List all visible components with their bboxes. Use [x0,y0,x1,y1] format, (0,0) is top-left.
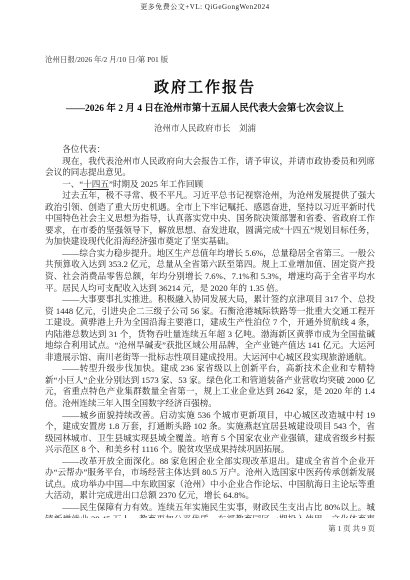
page-number-footer: 第 1 页 共 9 页 [45,523,375,534]
paragraph-comprehensive-strength: ——综合实力稳步提升。地区生产总值年均增长 5.6%，总量稳居全省第三。一般公共… [45,248,375,294]
paragraph-urban-rural: ——城乡面貌持续改善。启动实施 536 个城市更新项目，中心城区改造城中村 19… [45,410,375,456]
paragraph-transformation: ——转型升级步伐加快。建成 236 家省级以上创新平台，高新技术企业和专精特新“… [45,363,375,409]
source-line: 沧州日报/2026 年/2 月/10 日/第 P01 版 [45,54,168,65]
paragraph-salutation: 各位代表： [45,144,375,156]
paragraph-reform-opening: ——改革开放全面深化。88 家危困企业全部实现改革退出。建成全省首个企业开办“云… [45,456,375,502]
paragraph-overview: 过去五年，极不寻常、极不平凡。习近平总书记视察沧州，为沧州发展提供了强大政治引领… [45,190,375,248]
document-body: 各位代表： 现在，我代表沧州市人民政府向大会报告工作，请予审议，并请市政协委员和… [45,144,375,518]
doc-subtitle: ——2026 年 2 月 4 日在沧州市第十五届人民代表大会第七次会议上 [0,100,410,114]
section-heading-underlined-term: 十四五 [83,179,109,190]
paragraph-livelihood: ——民生保障有力有效。连续五年实施民生实事，财政民生支出占比 80%以上。城镇新… [45,502,375,518]
document-page: 更多免费公文+VL: QiGeGongWen2024 沧州日报/2026 年/2… [0,0,410,580]
section-heading-prefix: 一、“ [62,179,83,189]
paragraph-intro: 现在，我代表沧州市人民政府向大会报告工作，请予审议，并请市政协委员和列席会议的同… [45,156,375,179]
section-heading-suffix: ”时期及 2025 年工作回顾 [109,179,203,189]
watermark-text: 更多免费公文+VL: QiGeGongWen2024 [0,2,410,12]
author-line: 沧州市人民政府市长 刘浦 [0,122,410,134]
paragraph-major-events: ——大事要事扎实推进。积极融入协同发展大局，累计签约京津项目 317 个、总投资… [45,294,375,363]
doc-title: 政府工作报告 [0,76,410,97]
section-heading: 一、“十四五”时期及 2025 年工作回顾 [45,179,375,191]
